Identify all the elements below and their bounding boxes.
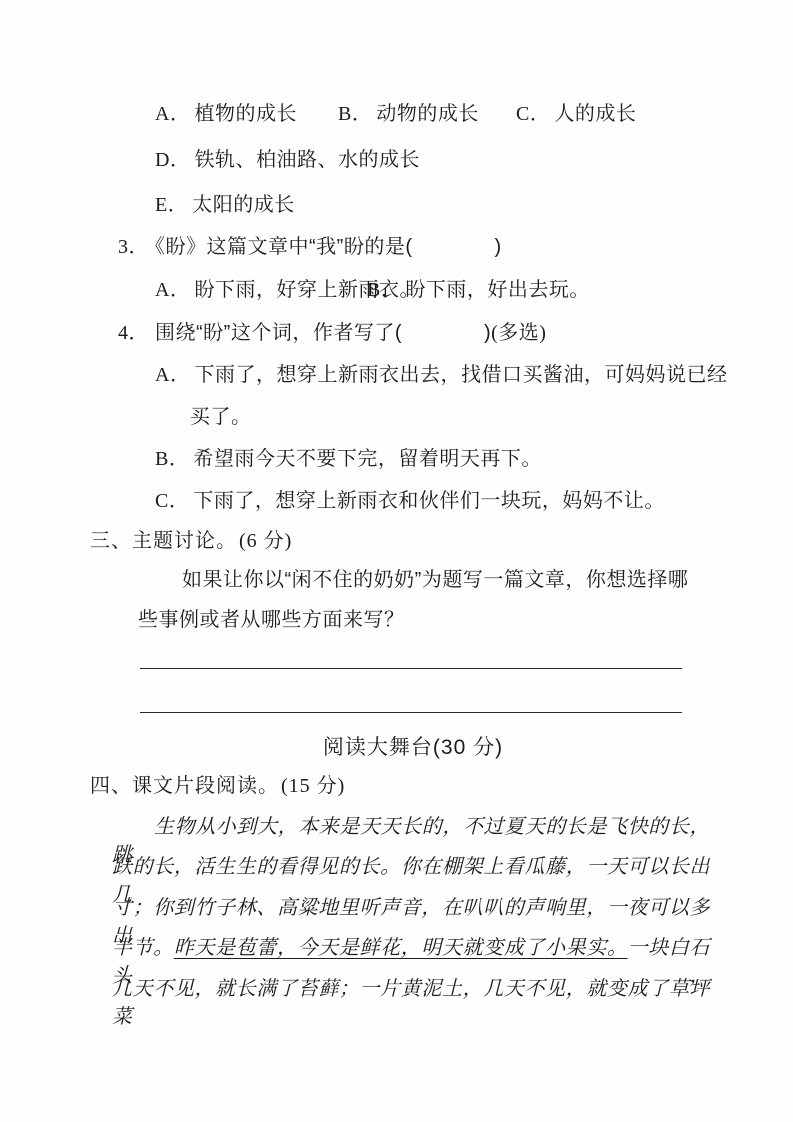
passage-line-4-underlined: 昨天是苞蕾，今天是鲜花，明天就变成了小果实。 [174, 937, 628, 959]
q4-option-b-marker: B． [155, 448, 189, 470]
q4-option-c-marker: C． [155, 490, 189, 512]
q3-option-b-text: 盼下雨，好出去玩。 [405, 279, 590, 301]
q2-option-e-text: 太阳的成长 [192, 194, 295, 216]
answer-line-2 [140, 712, 682, 713]
section4-points: (15 分) [281, 775, 345, 797]
q3-stem-text: 《盼》这篇文章中“我”盼的是( ) [155, 236, 502, 258]
section3-heading-text: 三、主题讨论。 [90, 530, 237, 552]
q2-option-d: D．铁轨、柏油路、水的成长 [155, 147, 420, 173]
q4-option-a-line2: 买了。 [190, 404, 252, 430]
q4-option-c-text: 下雨了，想穿上新雨衣和伙伴们一块玩，妈妈不让。 [193, 490, 665, 512]
passage-line-5: 几天不见，就长满了苔藓；一片黄泥土，几天不见，就变成了草坪菜 [112, 975, 710, 1031]
part-header: 阅读大舞台(30 分) [33, 731, 793, 761]
q3-option-b-marker: B． [367, 279, 401, 301]
q2-option-a-text: 植物的成长 [194, 103, 297, 125]
section3-prompt-line2: 些事例或者从哪些方面来写？ [138, 607, 405, 633]
section3-prompt-line1: 如果让你以“闲不住的奶奶”为题写一篇文章，你想选择哪 [182, 567, 688, 593]
q2-option-c: C．人的成长 [516, 101, 636, 127]
q2-option-b: B．动物的成长 [338, 101, 479, 127]
q4-option-c: C．下雨了，想穿上新雨衣和伙伴们一块玩，妈妈不让。 [155, 488, 665, 514]
q4-number: 4． [118, 322, 149, 344]
q2-option-e-marker: E． [155, 194, 188, 216]
section4-heading-text: 四、课文片段阅读。 [90, 775, 279, 797]
q2-option-d-text: 铁轨、柏油路、水的成长 [194, 149, 420, 171]
q4-option-b-text: 希望雨今天不要下完，留着明天再下。 [193, 448, 542, 470]
q2-option-a: A．植物的成长 [155, 101, 297, 127]
q4-option-a-line1: A．下雨了，想穿上新雨衣出去，找借口买酱油，可妈妈说已经 [155, 362, 727, 388]
worksheet-page: A．植物的成长 B．动物的成长 C．人的成长 D．铁轨、柏油路、水的成长 E．太… [0, 0, 793, 1122]
q4-stem: 4．围绕“盼”这个词，作者写了( )(多选) [118, 320, 546, 346]
passage-line-4-prefix: 半节。 [112, 937, 174, 959]
q4-option-a-text2: 买了。 [190, 406, 252, 428]
q4-option-a-text1: 下雨了，想穿上新雨衣出去，找借口买酱油，可妈妈说已经 [194, 364, 727, 386]
q2-option-c-marker: C． [516, 103, 550, 125]
answer-line-1 [140, 668, 682, 669]
q4-option-b: B．希望雨今天不要下完，留着明天再下。 [155, 446, 542, 472]
q4-stem-text: 围绕“盼”这个词，作者写了( ) [155, 322, 491, 344]
section4-heading: 四、课文片段阅读。(15 分) [90, 773, 345, 799]
section3-points: (6 分) [239, 530, 292, 552]
q2-option-d-marker: D． [155, 149, 190, 171]
q3-stem: 3．《盼》这篇文章中“我”盼的是( ) [118, 234, 502, 260]
section3-heading: 三、主题讨论。(6 分) [90, 528, 292, 554]
q4-multi-select-note: (多选) [491, 322, 546, 344]
q2-option-b-marker: B． [338, 103, 372, 125]
q2-option-a-marker: A． [155, 103, 190, 125]
q4-option-a-marker: A． [155, 364, 190, 386]
q3-option-b: B．盼下雨，好出去玩。 [367, 277, 590, 303]
q3-number: 3． [118, 236, 149, 258]
q3-option-a-marker: A． [155, 279, 190, 301]
q2-option-e: E．太阳的成长 [155, 192, 295, 218]
q2-option-b-text: 动物的成长 [376, 103, 479, 125]
q2-option-c-text: 人的成长 [554, 103, 636, 125]
